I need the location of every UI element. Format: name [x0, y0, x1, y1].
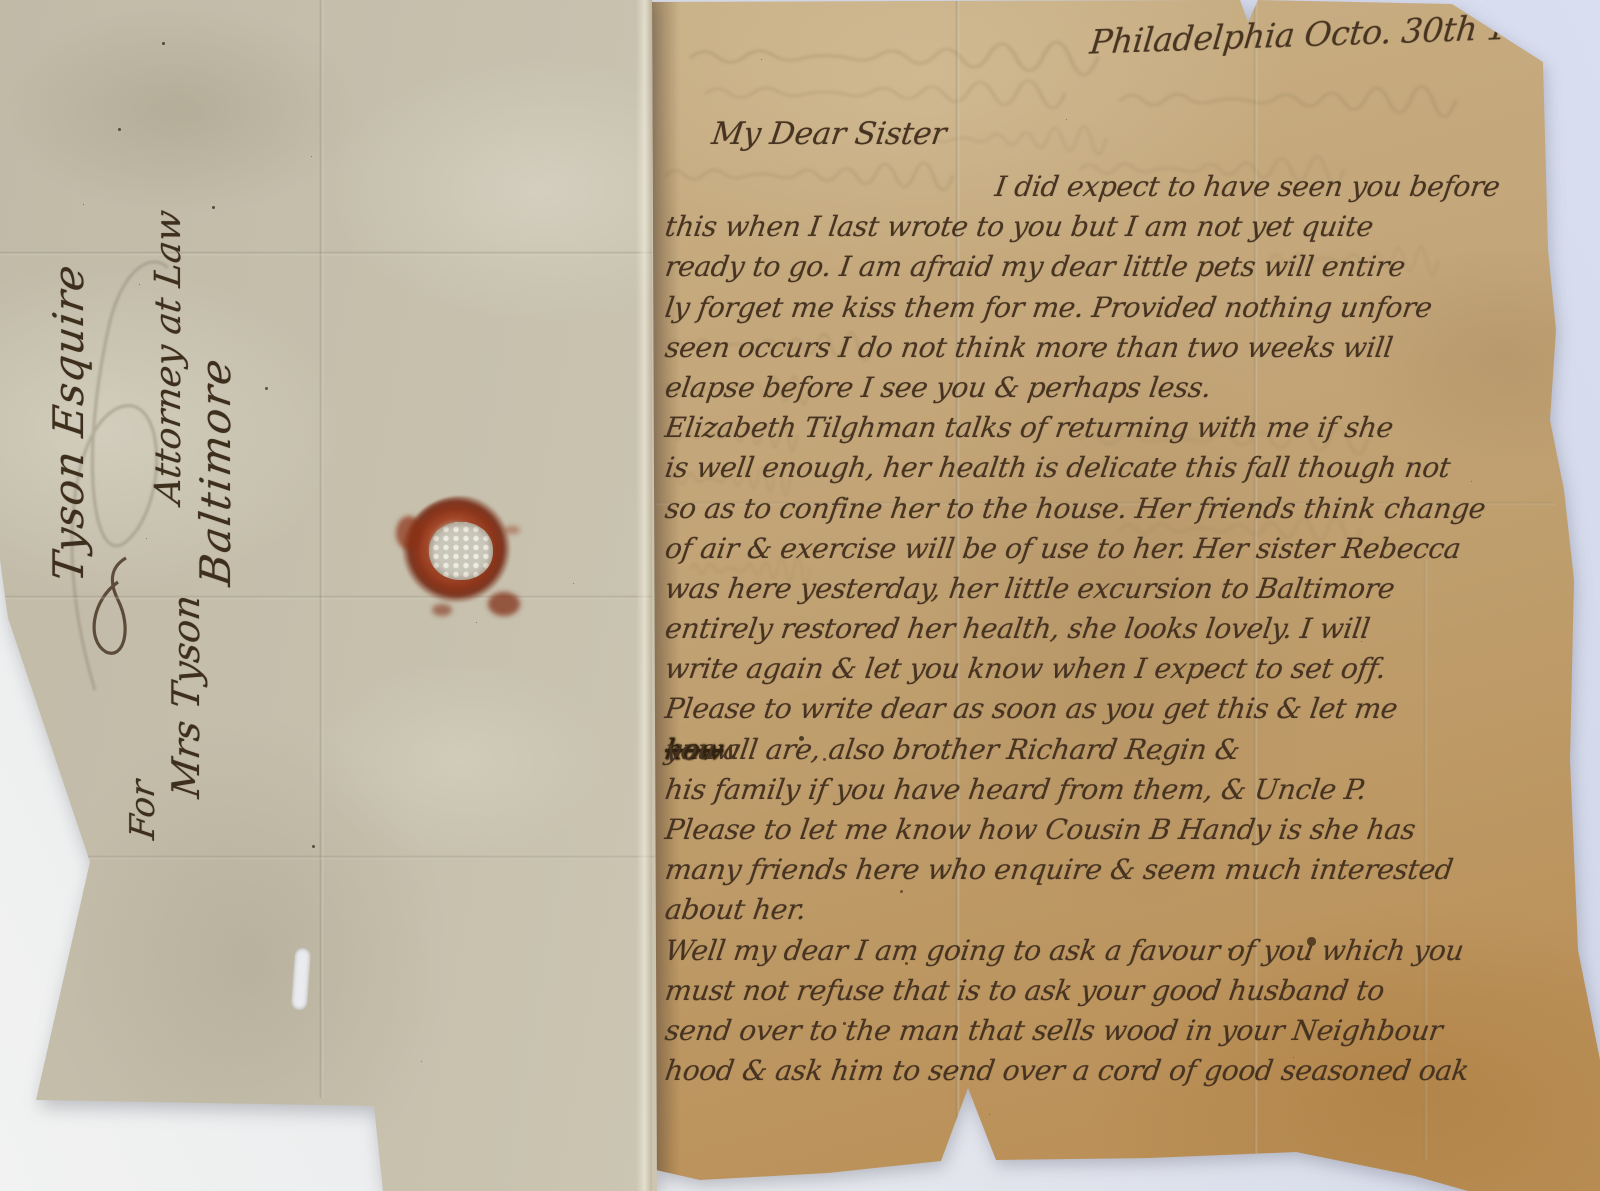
paper-shading — [0, 0, 1600, 1191]
pencil-flourish — [0, 0, 660, 1191]
paper-tear-hole — [291, 948, 311, 1011]
address-for-label: For — [123, 778, 165, 842]
seal-center-texture — [429, 522, 493, 580]
fold-crease — [320, 0, 323, 1098]
address-side-paper: Tyson Esquire Attorney at Law Baltimore … — [0, 0, 1600, 1191]
wax-seal-icon — [402, 496, 520, 610]
fold-crease — [4, 596, 652, 599]
addressee-name: Tyson Esquire — [44, 261, 96, 585]
address-side-sheet: Tyson Esquire Attorney at Law Baltimore … — [0, 0, 1600, 1191]
addressee-city: Baltimore — [191, 354, 243, 589]
fold-crease — [0, 252, 652, 255]
address-for-name: Mrs Tyson — [164, 592, 212, 801]
ink-specks — [0, 0, 3, 3]
torn-edge-highlight — [636, 0, 652, 1191]
addressee-title: Attorney at Law — [148, 208, 194, 507]
fold-crease — [30, 856, 655, 859]
letter-photograph: Philadelphia Octo. 30th 1835 My Dear Sis… — [0, 0, 1600, 1191]
